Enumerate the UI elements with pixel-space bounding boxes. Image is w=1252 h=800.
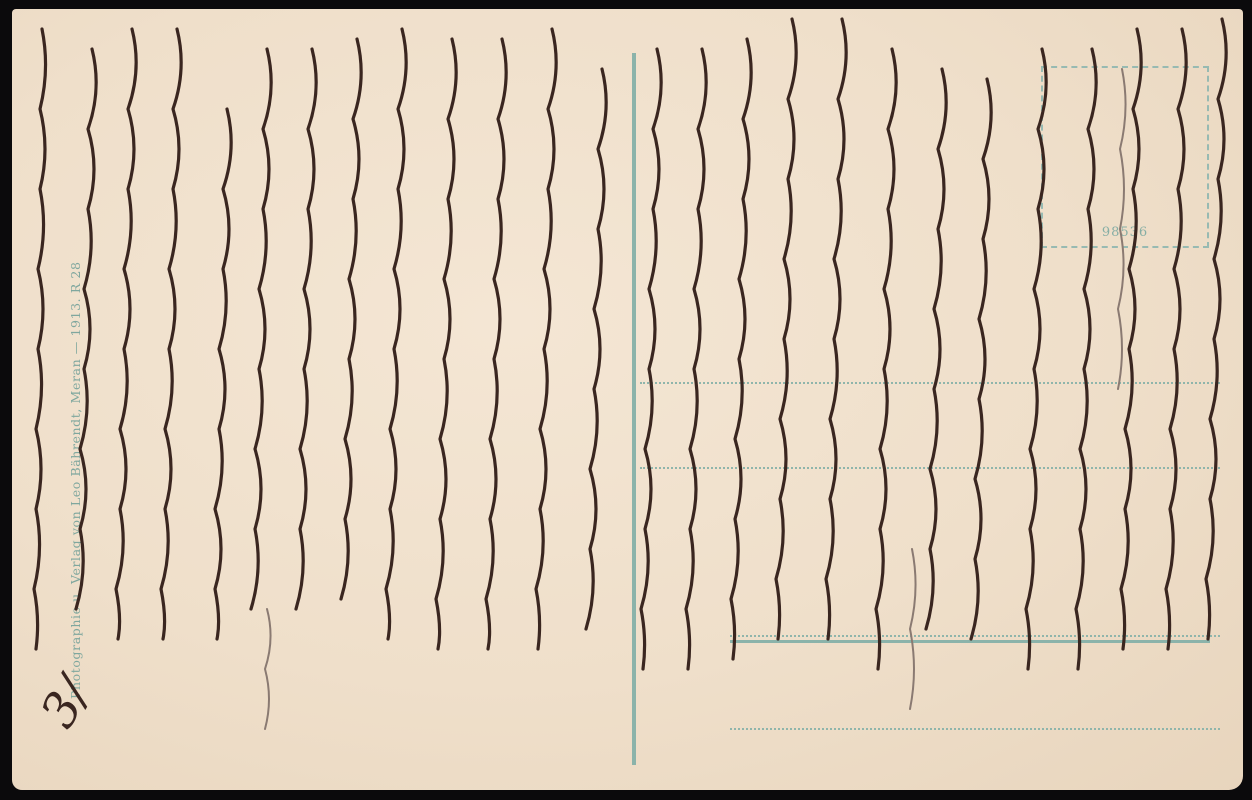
- postcard: Photographie u. Verlag von Leo Bährendt,…: [12, 9, 1243, 790]
- handwriting-strokes: [12, 9, 1243, 790]
- handwriting: [12, 9, 1243, 790]
